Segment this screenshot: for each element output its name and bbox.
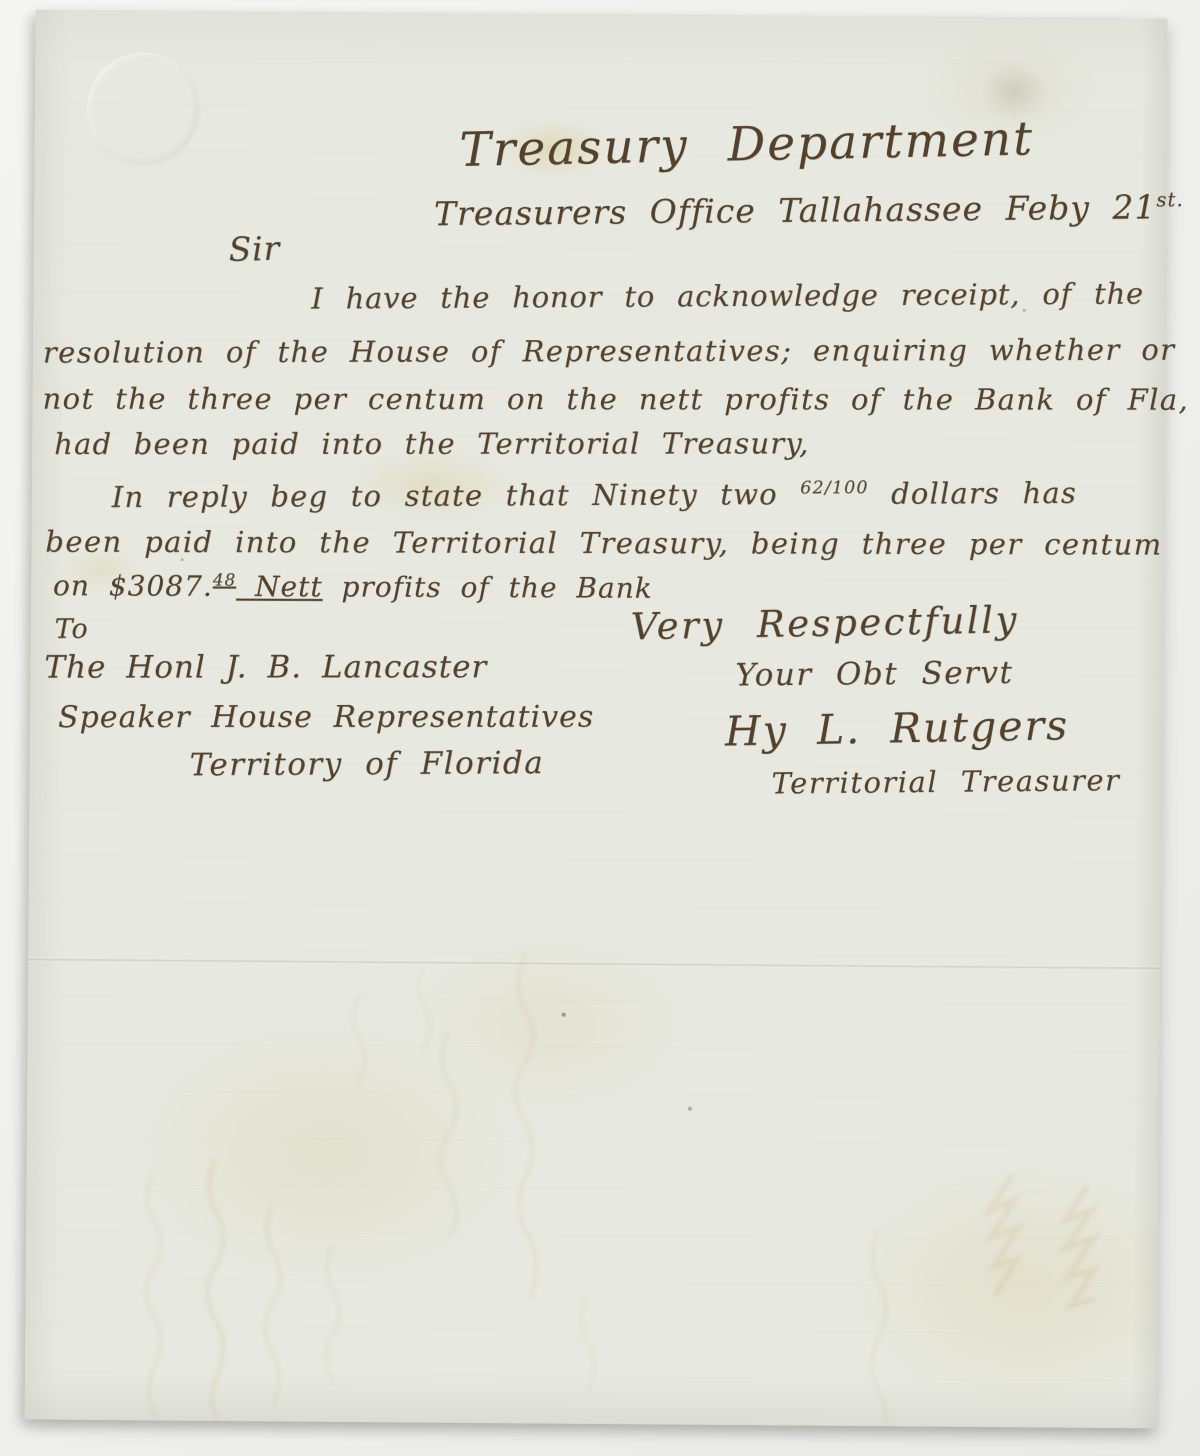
scan-background: Treasury Department Treasurers Office Ta…: [0, 0, 1200, 1456]
signature-title: Territorial Treasurer: [771, 763, 1120, 800]
date-ordinal-superscript: st.: [1156, 188, 1184, 211]
body-line-3: not the three per centum on the nett pro…: [42, 382, 1189, 417]
body-line-1: I have the honor to acknowledge receipt,…: [311, 276, 1144, 315]
body-line-5: In reply beg to state that Ninety two 62…: [112, 476, 1077, 514]
recipient-name: The Honl J. B. Lancaster: [44, 649, 487, 685]
amount-cents-superscript: 48: [213, 569, 236, 589]
recipient-to: To: [55, 614, 89, 645]
cents-fraction: 62/100: [800, 478, 868, 498]
heading-office-date: Treasurers Office Tallahassee Feby 21st.…: [434, 186, 1200, 233]
closing-obedient-servant: Your Obt Servt: [735, 655, 1013, 694]
body-line-2: resolution of the House of Representativ…: [43, 333, 1176, 370]
body-line-7: on $3087.48 Nett profits of the Bank: [53, 569, 653, 605]
recipient-place: Territory of Florida: [190, 745, 545, 783]
recipient-title: Speaker House Representatives: [58, 700, 594, 735]
salutation: Sir: [228, 229, 280, 269]
closing-respectfully: Very Respectfully: [630, 598, 1019, 648]
heading-department: Treasury Department: [459, 111, 1034, 178]
body-line-4: had been paid into the Territorial Treas…: [54, 426, 809, 461]
letter-body: Treasury Department Treasurers Office Ta…: [24, 10, 1167, 1429]
body-line-6: been paid into the Territorial Treasury,…: [45, 525, 1162, 562]
document-scan: { "colors": { "paper": "#e7e9e0", "ink":…: [0, 0, 1200, 1456]
paper-sheet: Treasury Department Treasurers Office Ta…: [24, 10, 1167, 1429]
nett-underlined: Nett: [236, 570, 323, 603]
signature: Hy L. Rutgers: [725, 701, 1070, 755]
